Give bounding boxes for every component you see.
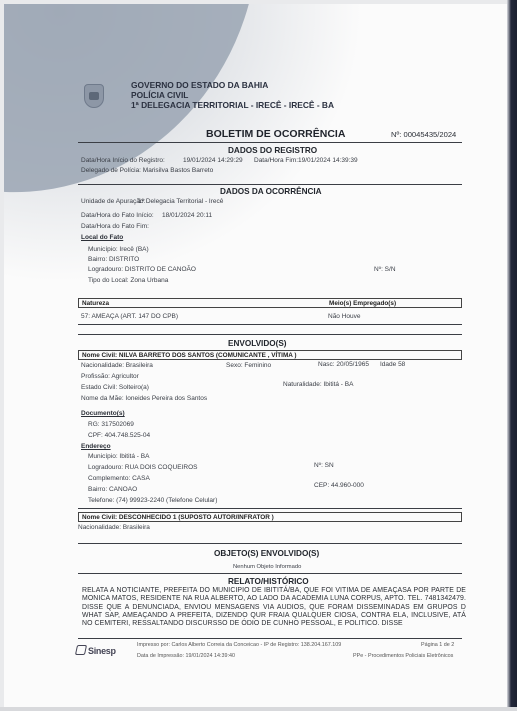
local-municipio: Município: Irecê (BA)	[88, 246, 149, 253]
fato-inicio-label: Data/Hora do Fato Início:	[81, 212, 154, 219]
police-badge-icon	[84, 84, 104, 108]
endereco-numero: Nº: SN	[314, 462, 334, 469]
page-bottom-edge	[0, 707, 517, 711]
meio-value: Não Houve	[328, 313, 361, 320]
pessoa1-naturalidade: Naturalidade: Ibititá - BA	[283, 381, 353, 388]
pessoa1-estado-civil: Estado Civil: Solteiro(a)	[81, 384, 149, 391]
pessoa1-telefone: Telefone: (74) 99923-2240 (Telefone Celu…	[88, 497, 217, 504]
local-bairro: Bairro: DISTRITO	[88, 256, 139, 263]
documentos-title: Documento(s)	[81, 410, 125, 417]
pessoa1-profissao: Profissão: Agricultor	[81, 373, 139, 380]
pessoa1-mae: Nome da Mãe: Ioneides Pereira dos Santos	[81, 395, 207, 402]
divider	[78, 184, 462, 185]
local-fato-title: Local do Fato	[81, 234, 123, 241]
meio-header: Meio(s) Empregado(s)	[329, 299, 396, 309]
local-numero: Nº: S/N	[374, 266, 396, 273]
endereco-title: Endereço	[81, 443, 111, 450]
page-edge	[507, 0, 517, 711]
natureza-header: Natureza	[82, 300, 109, 307]
footer-pagina: Página 1 de 2	[421, 642, 454, 648]
unidade-label: Unidade de Apuração:	[81, 198, 145, 205]
footer-sistema: PPe - Procedimentos Policiais Eletrônico…	[353, 653, 453, 659]
pessoa1-nasc: Nasc: 20/05/1965	[318, 361, 369, 368]
local-logradouro: Logradouro: DISTRITO DE CANOÃO	[88, 266, 196, 273]
registro-inicio-label: Data/Hora Início do Registro:	[81, 157, 165, 164]
sinesp-logo-text: Sinesp	[88, 646, 116, 656]
header-delegacia: 1ª DELEGACIA TERRITORIAL - IRECÊ - IRECÊ…	[131, 100, 334, 110]
objetos-value: Nenhum Objeto Informado	[233, 564, 301, 570]
divider	[78, 508, 462, 509]
pessoa2-nacionalidade: Nacionalidade: Brasileira	[78, 524, 150, 531]
endereco-logradouro: Logradouro: RUA DOIS COQUEIROS	[88, 464, 197, 471]
pessoa1-rg: RG: 317502069	[88, 421, 134, 428]
section-dados-ocorrencia: DADOS DA OCORRÊNCIA	[220, 187, 322, 196]
pessoa1-nome-box: Nome Civil: NILVA BARRETO DOS SANTOS (CO…	[78, 350, 462, 360]
endereco-complemento: Complemento: CASA	[88, 475, 150, 482]
divider	[78, 638, 462, 639]
unidade-value: 1ª Delegacia Territorial - Irecê	[138, 198, 223, 205]
footer-impresso-por: Impresso por: Carlos Alberto Correia da …	[137, 642, 341, 648]
divider	[78, 543, 462, 544]
sinesp-logo: Sinesp	[76, 645, 116, 656]
natureza-value: 57: AMEAÇA (ART. 147 DO CPB)	[81, 313, 178, 320]
fato-inicio-value: 18/01/2024 20:11	[162, 212, 212, 219]
divider	[78, 573, 462, 574]
pessoa1-nome: Nome Civil: NILVA BARRETO DOS SANTOS (CO…	[82, 352, 297, 359]
divider	[78, 324, 462, 325]
sinesp-logo-icon	[75, 645, 87, 655]
section-dados-registro: DADOS DO REGISTRO	[228, 146, 317, 155]
registro-inicio-value: 19/01/2024 14:29:29	[183, 157, 243, 164]
pessoa1-cpf: CPF: 404.748.525-04	[88, 432, 150, 439]
pessoa2-nome-box: Nome Civil: DESCONHECIDO 1 (SUPOSTO AUTO…	[78, 512, 462, 522]
section-relato: RELATO/HISTÓRICO	[228, 577, 309, 586]
pessoa1-idade: Idade 58	[380, 361, 405, 368]
header-police: POLÍCIA CIVIL	[131, 90, 188, 100]
pessoa1-nacionalidade: Nacionalidade: Brasileira	[81, 362, 153, 369]
footer-data-impressao: Data de Impressão: 19/01/2024 14:39:40	[137, 653, 235, 659]
section-envolvidos: ENVOLVIDO(S)	[228, 339, 287, 348]
natureza-header-box: Natureza Meio(s) Empregado(s)	[78, 298, 462, 308]
relato-text: RELATA A NOTICIANTE, PREFEITA DO MUNICIP…	[82, 587, 466, 628]
fato-fim-label: Data/Hora do Fato Fim:	[81, 223, 149, 230]
local-tipo: Tipo do Local: Zona Urbana	[88, 277, 168, 284]
section-objetos: OBJETO(S) ENVOLVIDO(S)	[214, 549, 319, 558]
document-number: Nº: 00045435/2024	[391, 130, 456, 139]
endereco-municipio: Município: Ibititá - BA	[88, 453, 149, 460]
endereco-bairro: Bairro: CANOAO	[88, 486, 137, 493]
registro-delegado: Delegado de Polícia: Marisilva Bastos Ba…	[81, 167, 213, 174]
pessoa2-nome: Nome Civil: DESCONHECIDO 1 (SUPOSTO AUTO…	[82, 514, 274, 521]
header-government: GOVERNO DO ESTADO DA BAHIA	[131, 80, 268, 90]
endereco-cep: CEP: 44.960-000	[314, 482, 364, 489]
registro-fim-label: Data/Hora Fim:	[254, 157, 298, 164]
document-title: BOLETIM DE OCORRÊNCIA	[206, 128, 345, 140]
pessoa1-sexo: Sexo: Feminino	[226, 362, 271, 369]
divider	[78, 334, 462, 335]
divider	[78, 142, 462, 143]
registro-fim-value: 19/01/2024 14:39:39	[298, 157, 358, 164]
